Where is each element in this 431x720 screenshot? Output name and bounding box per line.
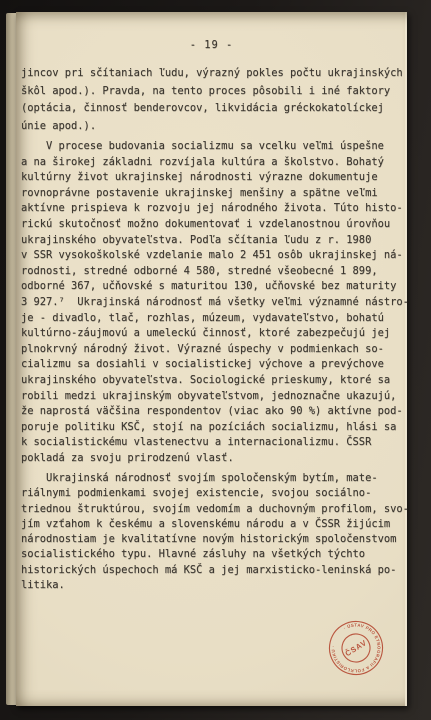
paragraph-conclusion: Ukrajinská národnosť svojím spoločenským… <box>21 471 407 593</box>
page-number: - 19 - <box>16 38 407 52</box>
paragraph-socialism-culture: V procese budovania socializmu sa vcelku… <box>21 139 407 466</box>
scan-background: - 19 - jincov pri sčítaniach ľudu, výraz… <box>0 0 431 720</box>
archive-stamp: · ÚSTAV PRO ETNOGRAFII A FOLKLORISTIKU ·… <box>312 604 400 692</box>
paragraph-continuation: jincov pri sčítaniach ľudu, výrazný pokl… <box>21 65 407 135</box>
stamp-center-text: ČSAV <box>344 638 369 658</box>
document-page: - 19 - jincov pri sčítaniach ľudu, výraz… <box>16 12 407 706</box>
